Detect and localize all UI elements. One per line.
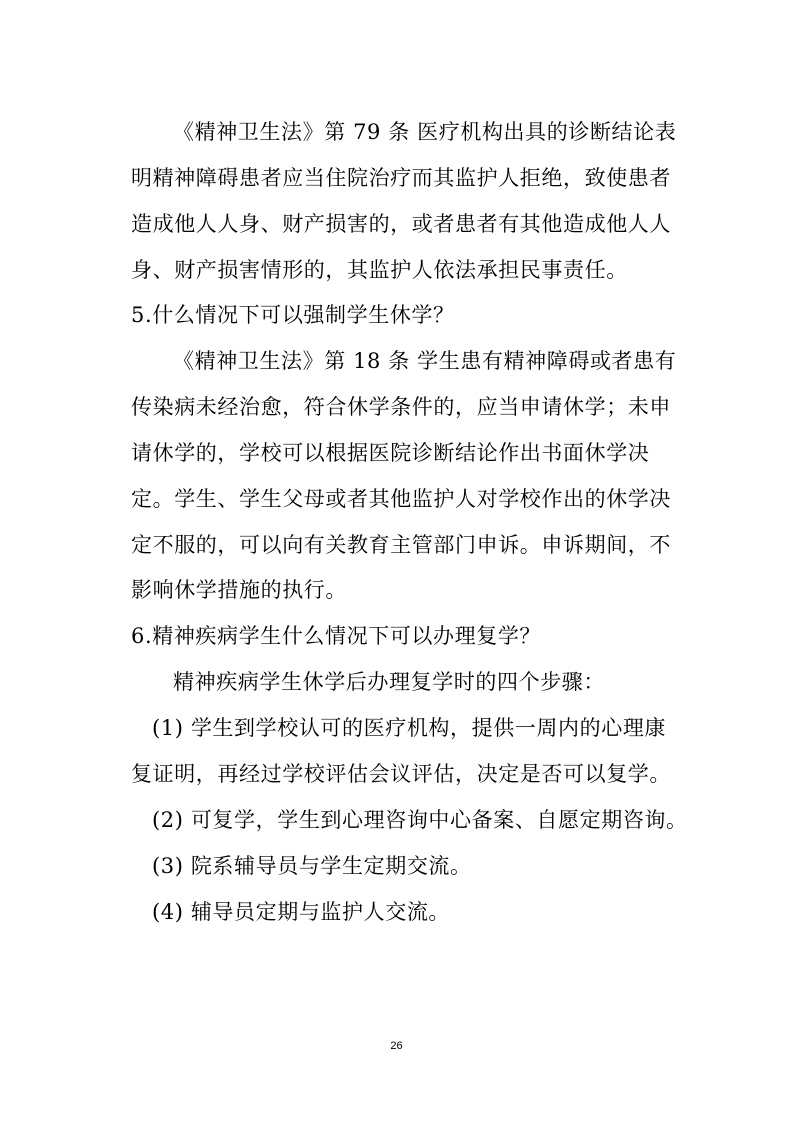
- paragraph-line: 影响休学措施的执行。: [131, 575, 347, 605]
- section-heading: 6.精神疾病学生什么情况下可以办理复学？: [131, 621, 541, 651]
- section-heading: 5.什么情况下可以强制学生休学？: [131, 300, 455, 330]
- paragraph-line: 定不服的，可以向有关教育主管部门申诉。申诉期间，不: [131, 530, 671, 560]
- paragraph-line: 造成他人人身、财产损害的，或者患者有其他造成他人人: [131, 209, 671, 239]
- paragraph-line: 传染病未经治愈，符合休学条件的，应当申请休学；未申: [131, 392, 671, 422]
- paragraph-line: 请休学的，学校可以根据医院诊断结论作出书面休学决: [131, 438, 649, 468]
- paragraph-line: 《精神卫生法》第 79 条 医疗机构出具的诊断结论表: [173, 117, 676, 147]
- paragraph-line: 精神疾病学生休学后办理复学时的四个步骤：: [173, 667, 605, 697]
- paragraph-line: 明精神障碍患者应当住院治疗而其监护人拒绝，致使患者: [131, 163, 671, 193]
- page-number: 26: [0, 1040, 793, 1052]
- list-item: (2) 可复学，学生到心理咨询中心备案、自愿定期咨询。: [152, 805, 688, 835]
- paragraph-line: 定。学生、学生父母或者其他监护人对学校作出的休学决: [131, 484, 671, 514]
- paragraph-line: 《精神卫生法》第 18 条 学生患有精神障碍或者患有: [173, 346, 676, 376]
- list-item: (4) 辅导员定期与监护人交流。: [152, 897, 450, 927]
- list-item: (1) 学生到学校认可的医疗机构，提供一周内的心理康: [152, 713, 666, 743]
- paragraph-line: 复证明，再经过学校评估会议评估，决定是否可以复学。: [131, 759, 671, 789]
- list-item: (3) 院系辅导员与学生定期交流。: [152, 851, 472, 881]
- paragraph-line: 身、财产损害情形的，其监护人依法承担民事责任。: [131, 255, 628, 285]
- document-page: 《精神卫生法》第 79 条 医疗机构出具的诊断结论表 明精神障碍患者应当住院治疗…: [0, 0, 793, 1122]
